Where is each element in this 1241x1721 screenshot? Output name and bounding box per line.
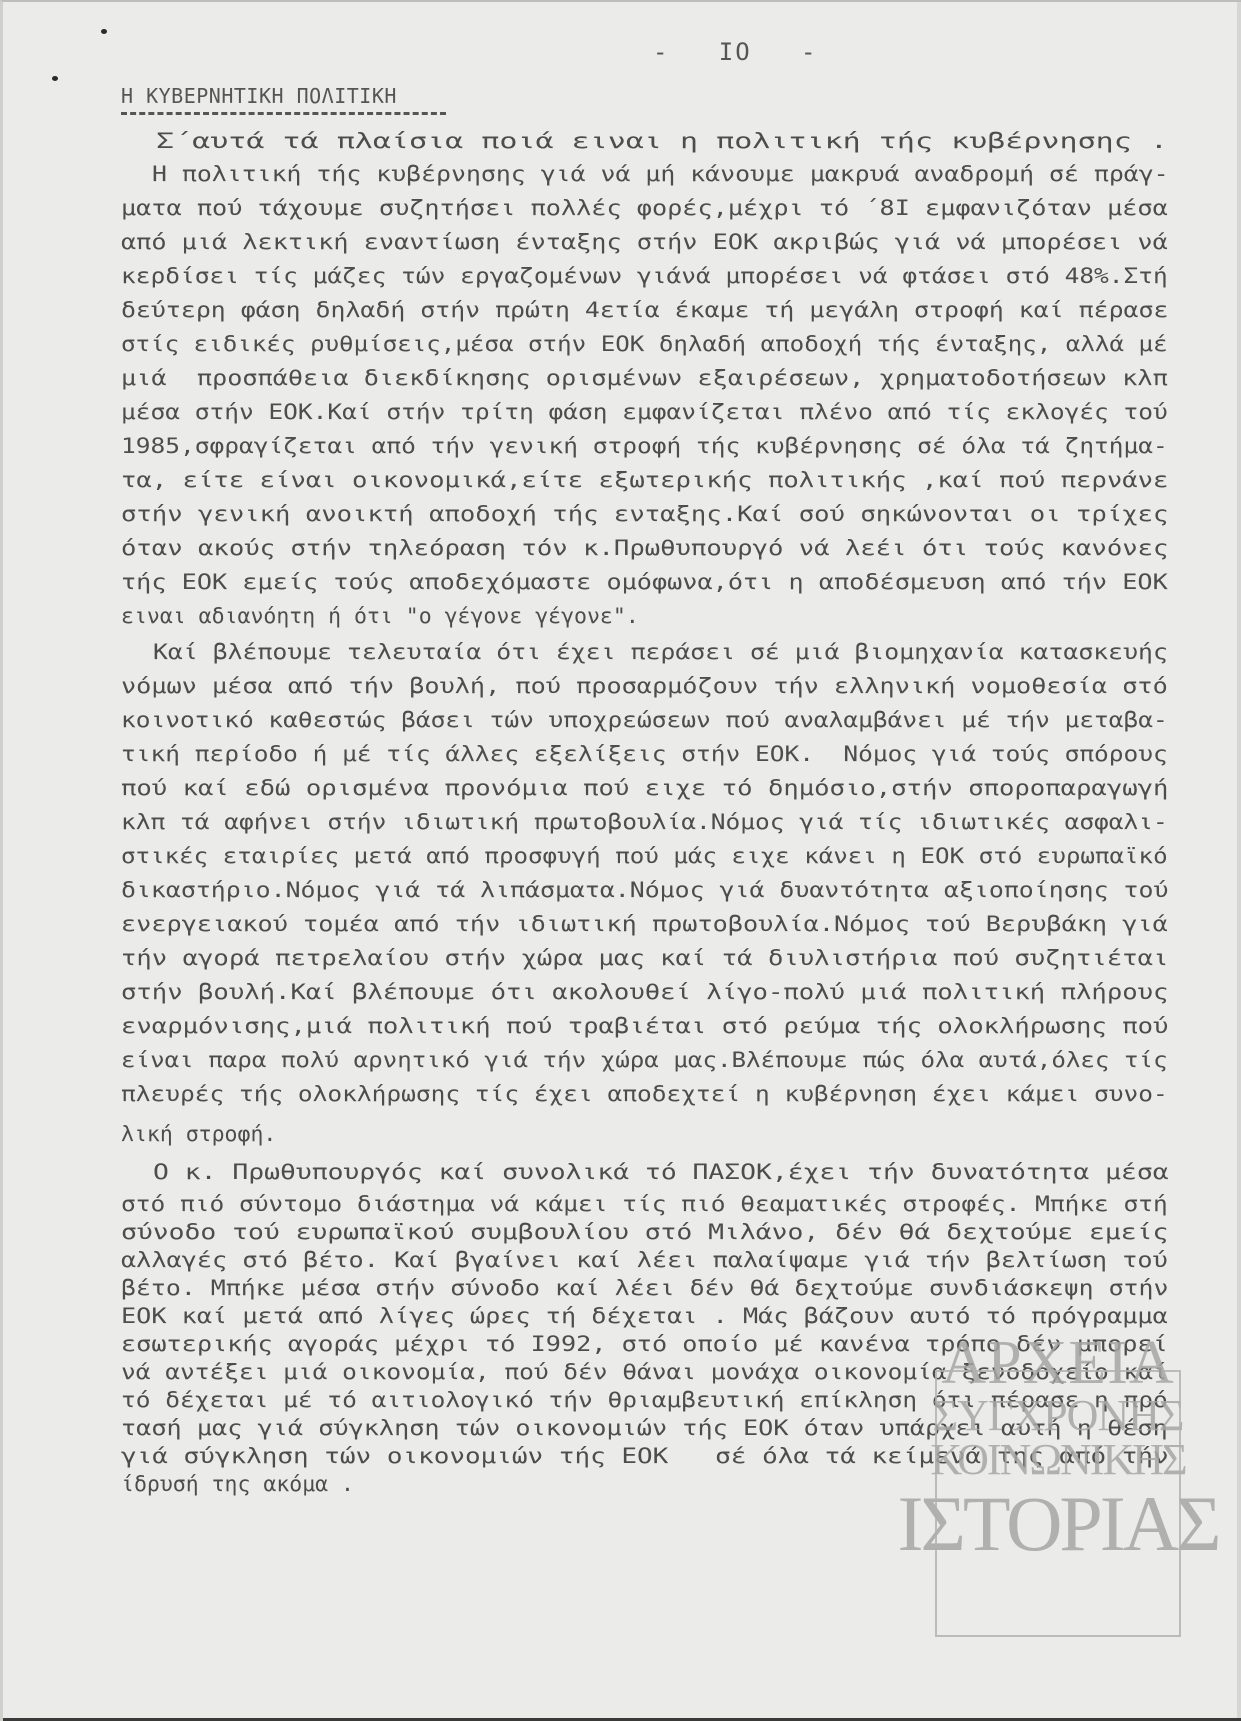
heading-underline — [121, 112, 446, 115]
text-line: μέσα στήν ΕΟΚ.Καί στήν τρίτη φάση εμφανί… — [121, 402, 1168, 424]
text-line: στήν γενική ανοικτή αποδοχή τής ενταξης.… — [121, 504, 1168, 526]
section-heading: Η ΚΥΒΕΡΝΗΤΙΚΗ ΠΟΛΙΤΙΚΗ — [121, 84, 397, 108]
text-line: είναι παρα πολύ αρνητικό γιά τήν χώρα μα… — [121, 1050, 1168, 1072]
text-line: από μιά λεκτική εναντίωση ένταξης στήν Ε… — [121, 232, 1168, 254]
text-line: αλλαγές στό βέτο. Καί βγαίνει καί λέει π… — [121, 1250, 1168, 1272]
page-number: - IO - — [653, 38, 818, 66]
text-line: Σ΄αυτά τά πλαίσια ποιά ειναι η πολιτική … — [156, 131, 1168, 153]
text-line: τής ΕΟΚ εμείς τούς αποδεχόμαστε ομόφωνα,… — [121, 572, 1168, 594]
text-line: εναρμόνισης,μιά πολιτική πού τραβιέται σ… — [121, 1016, 1168, 1038]
text-line: ματα πού τάχουμε συζητήσει πολλές φορές,… — [121, 198, 1168, 220]
watermark-line-4: ΙΣΤΟΡΙΑΣ — [897, 1484, 1218, 1564]
watermark-line-3: ΚΟΙΝΩΝΙΚΗΣ — [930, 1438, 1185, 1482]
text-line: στήν βουλή.Καί βλέπουμε ότι ακολουθεί λί… — [121, 982, 1168, 1004]
text-line: στό πιό σύντομο διάστημα νά κάμει τίς πι… — [121, 1194, 1168, 1216]
text-line: 1985,σφραγίζεται από τήν γενική στροφή τ… — [121, 436, 1168, 458]
text-line: ΕΟΚ καί μετά από λίγες ώρες τή δέχεται .… — [121, 1306, 1168, 1328]
text-line: τα, είτε είναι οικονομικά,είτε εξωτερική… — [121, 470, 1168, 492]
text-line: λική στροφή. — [121, 1124, 276, 1146]
ink-speck — [101, 29, 107, 34]
text-line: κοινοτικό καθεστώς βάσει τών υποχρεώσεων… — [121, 710, 1168, 732]
text-line: Ο κ. Πρωθυπουργός καί συνολικά τό ΠΑΣΟΚ,… — [153, 1162, 1169, 1184]
text-line: κερδίσει τίς μάζες τών εργαζομένων γιάνά… — [121, 266, 1168, 288]
page-edge-right — [1237, 2, 1241, 1721]
text-line: ειναι αδιανόητη ή ότι "ο γέγονε γέγονε". — [121, 606, 639, 628]
text-line: δεύτερη φάση δηλαδή στήν πρώτη 4ετία έκα… — [121, 300, 1168, 322]
text-line: κλπ τά αφήνει στήν ιδιωτική πρωτοβουλία.… — [121, 812, 1168, 834]
text-line: τική περίοδο ή μέ τίς άλλες εξελίξεις στ… — [121, 744, 1168, 766]
archive-watermark-stamp: ΑΡΧΕΙΑ ΣΥΓΧΡΟΝΗΣ ΚΟΙΝΩΝΙΚΗΣ ΙΣΤΟΡΙΑΣ — [935, 1370, 1181, 1637]
text-line: σύνοδο τού ευρωπαϊκού συμβουλίου στό Μιλ… — [121, 1222, 1168, 1244]
text-line: δικαστήριο.Νόμος γιά τά λιπάσματα.Νόμος … — [121, 880, 1168, 902]
text-line: ίδρυσή της ακόμα . — [121, 1474, 354, 1496]
text-line: βέτο. Μπήκε μέσα στήν σύνοδο καί λέει δέ… — [121, 1278, 1168, 1300]
text-line: νόμων μέσα από τήν βουλή, πού προσαρμόζο… — [121, 676, 1168, 698]
text-line: στικές εταιρίες μετά από προσφυγή πού μά… — [121, 846, 1168, 868]
watermark-line-1: ΑΡΧΕΙΑ — [941, 1334, 1174, 1392]
text-line: τήν αγορά πετρελαίου στήν χώρα μας καί τ… — [121, 948, 1168, 970]
text-line: πού καί εδώ ορισμένα προνόμια πού ειχε τ… — [121, 778, 1168, 800]
scanned-page: - IO - Η ΚΥΒΕΡΝΗΤΙΚΗ ΠΟΛΙΤΙΚΗ Σ΄αυτά τά … — [0, 0, 1241, 1721]
text-line: Καί βλέπουμε τελευταία ότι έχει περάσει … — [153, 642, 1168, 664]
text-line: Η πολιτική τής κυβέρνησης γιά νά μή κάνο… — [152, 164, 1169, 186]
ink-speck — [52, 76, 58, 81]
text-line: ενεργειακού τομέα από τήν ιδιωτική πρωτο… — [121, 914, 1168, 936]
watermark-line-2: ΣΥΓΧΡΟΝΗΣ — [933, 1394, 1184, 1438]
text-line: όταν ακούς στήν τηλεόραση τόν κ.Πρωθυπου… — [121, 538, 1168, 560]
text-line: στίς ειδικές ρυθμίσεις,μέσα στήν ΕΟΚ δηλ… — [121, 334, 1168, 356]
text-line: πλευρές τής ολοκλήρωσης τίς έχει αποδεχτ… — [121, 1084, 1168, 1106]
text-line: μιά προσπάθεια διεκδίκησης ορισμένων εξα… — [121, 368, 1168, 390]
